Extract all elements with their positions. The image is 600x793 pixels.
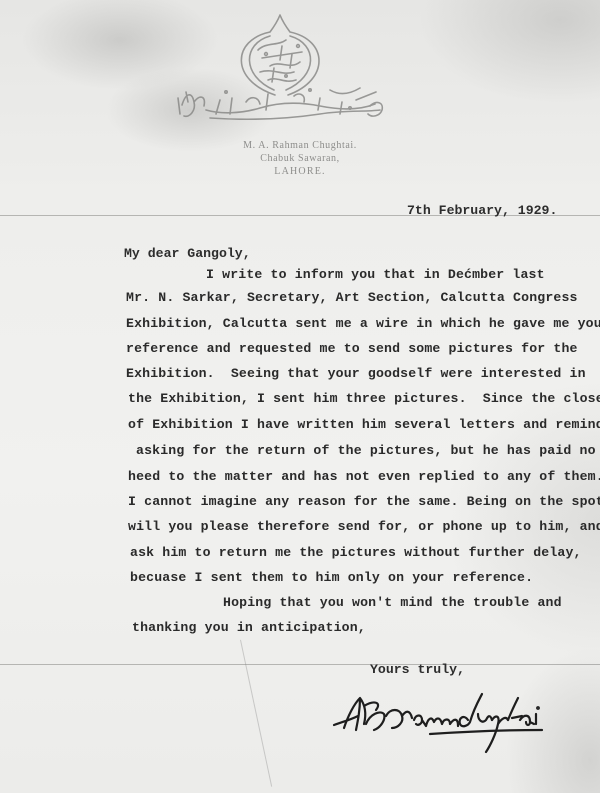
body-line: heed to the matter and has not even repl… — [128, 469, 600, 484]
letterhead-street: Chabuk Sawaran, — [170, 154, 430, 164]
letter-date: 7th February, 1929. — [407, 203, 557, 218]
closing: Yours truly, — [370, 662, 465, 677]
body-line: Exhibition. Seeing that your goodself we… — [126, 366, 586, 381]
body-line: of Exhibition I have written him several… — [128, 417, 600, 432]
body-line: asking for the return of the pictures, b… — [136, 443, 596, 458]
signature-icon — [330, 680, 560, 760]
body-line: the Exhibition, I sent him three picture… — [128, 391, 600, 406]
letter-page: M. A. Rahman Chughtai. Chabuk Sawaran, L… — [0, 0, 600, 793]
salutation: My dear Gangoly, — [124, 246, 251, 261]
body-line: thanking you in anticipation, — [132, 620, 366, 635]
letterhead-name: M. A. Rahman Chughtai. — [170, 141, 430, 151]
paper-fold-line — [0, 664, 600, 665]
body-line: becuase I sent them to him only on your … — [130, 570, 533, 585]
body-line: reference and requested me to send some … — [126, 341, 578, 356]
calligraphy-monogram-icon — [170, 10, 430, 140]
letterhead: M. A. Rahman Chughtai. Chabuk Sawaran, L… — [170, 10, 430, 190]
body-line: will you please therefore send for, or p… — [128, 519, 600, 534]
body-line: I cannot imagine any reason for the same… — [128, 494, 600, 509]
body-line: Exhibition, Calcutta sent me a wire in w… — [126, 316, 600, 331]
body-line: I write to inform you that in Dećmber la… — [206, 267, 545, 282]
body-line: Hoping that you won't mind the trouble a… — [223, 595, 562, 610]
body-line: ask him to return me the pictures withou… — [130, 545, 582, 560]
paper-crease — [240, 640, 272, 787]
body-line: Mr. N. Sarkar, Secretary, Art Section, C… — [126, 290, 578, 305]
letterhead-city: LAHORE. — [170, 167, 430, 177]
